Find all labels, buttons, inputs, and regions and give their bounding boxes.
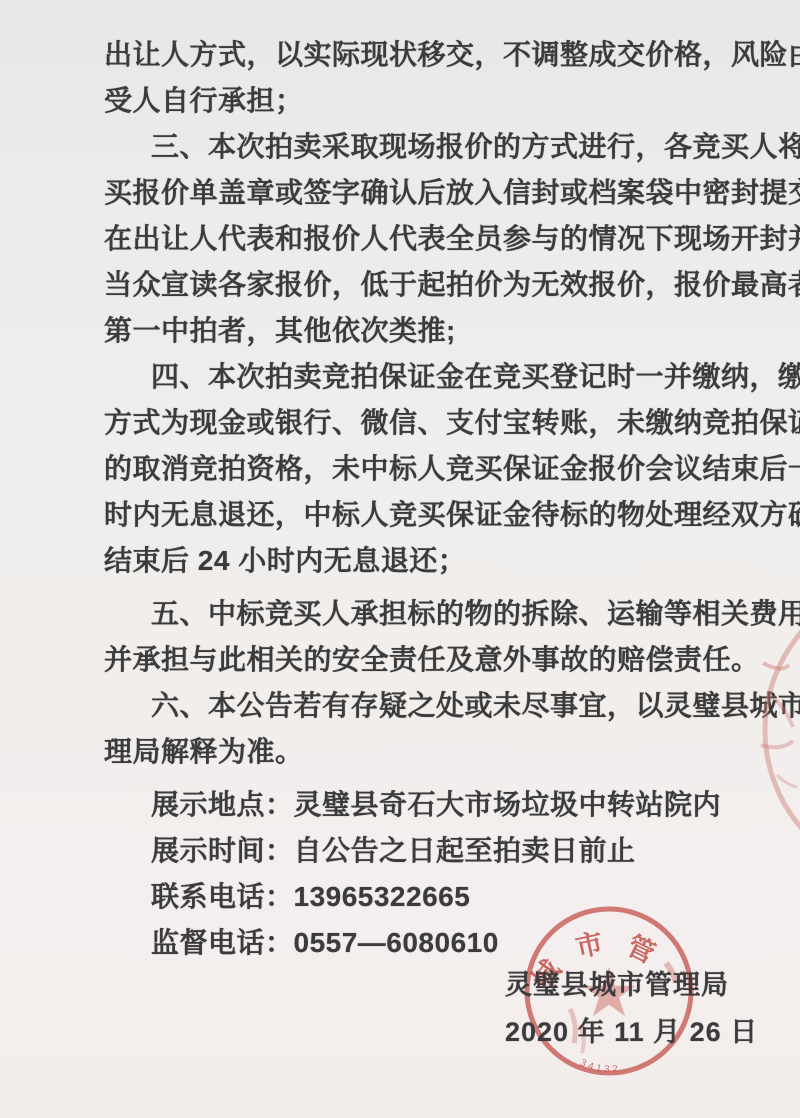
notice-clause-5: 五、中标竞买人承担标的物的拆除、运输等相关费用， [104, 591, 766, 637]
notice-line: 在出让人代表和报价人代表全员参与的情况下现场开封并 [104, 216, 766, 262]
exhibit-time-line: 展示时间：自公告之日起至拍卖日前止 [104, 828, 766, 874]
exhibit-location-line: 展示地点：灵璧县奇石大市场垃圾中转站院内 [104, 782, 766, 828]
notice-line: 出让人方式，以实际现状移交，不调整成交价格，风险由买 [104, 32, 766, 78]
signature-block: 灵璧县城市管理局 2020 年 11 月 26 日 [505, 962, 758, 1056]
notice-line: 买报价单盖章或签字确认后放入信封或档案袋中密封提交， [104, 170, 766, 216]
seal-code: 34132 [578, 1058, 621, 1076]
notice-line: 结束后 24 小时内无息退还； [104, 538, 766, 584]
notice-line: 时内无息退还，中标人竞买保证金待标的物处理经双方确认 [104, 492, 766, 538]
notice-body: 出让人方式，以实际现状移交，不调整成交价格，风险由买 受人自行承担； 三、本次拍… [104, 32, 766, 966]
notice-line: 方式为现金或银行、微信、支付宝转账，未缴纳竞拍保证金 [104, 400, 766, 446]
notice-line: 当众宣读各家报价，低于起拍价为无效报价，报价最高者为 [104, 262, 766, 308]
svg-text:34132: 34132 [578, 1058, 621, 1076]
notice-clause-4: 四、本次拍卖竞拍保证金在竞买登记时一并缴纳，缴纳 [104, 354, 766, 400]
notice-line: 并承担与此相关的安全责任及意外事故的赔偿责任。 [104, 637, 766, 683]
notice-line: 理局解释为准。 [104, 729, 766, 775]
notice-line: 的取消竞拍资格，未中标人竞买保证金报价会议结束后一小 [104, 446, 766, 492]
signature-org: 灵璧县城市管理局 [505, 962, 758, 1009]
notice-line: 第一中拍者，其他依次类推; [104, 308, 766, 354]
partial-seal-icon [715, 625, 800, 840]
notice-clause-3: 三、本次拍卖采取现场报价的方式进行，各竞买人将竞 [104, 124, 766, 170]
notice-clause-6: 六、本公告若有存疑之处或未尽事宜，以灵璧县城市管 [104, 683, 766, 729]
notice-line: 受人自行承担； [104, 78, 766, 124]
document-photo: 出让人方式，以实际现状移交，不调整成交价格，风险由买 受人自行承担； 三、本次拍… [0, 0, 800, 1118]
signature-date: 2020 年 11 月 26 日 [505, 1009, 758, 1056]
